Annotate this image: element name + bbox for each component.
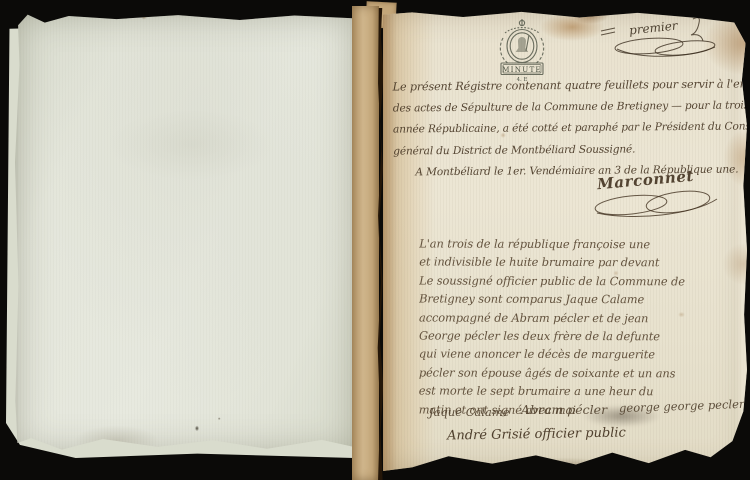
right-page-manuscript: MINUTE 4. E premier Le présent Régistre …: [383, 11, 747, 471]
witness-signature: Jaque Calame: [429, 405, 510, 419]
left-page-stains: [14, 12, 356, 454]
minute-stamp: MINUTE 4. E: [483, 17, 561, 83]
left-page-blank: [14, 12, 356, 454]
stamp-text: MINUTE: [502, 65, 542, 74]
manuscript-line: général du District de Montbéliard Souss…: [393, 138, 745, 163]
manuscript-line: George pécler les deux frère de la defun…: [419, 326, 735, 346]
manuscript-line: pécler son épouse âgés de soixante et un…: [419, 363, 735, 383]
scanned-register-photo: MINUTE 4. E premier Le présent Régistre …: [0, 0, 750, 480]
manuscript-line: Le soussigné officier public de la Commu…: [419, 271, 735, 291]
binding-strip: [352, 6, 379, 480]
officer-signature: André Grisié officier public: [447, 425, 626, 443]
manuscript-line: L'an trois de la république françoise un…: [419, 234, 735, 254]
president-signature: Marconnet: [583, 171, 738, 219]
manuscript-line: accompagné de Abram pécler et de jean: [419, 308, 735, 328]
manuscript-line: Le présent Régistre contenant quatre feu…: [393, 73, 745, 98]
burial-act-paragraph: L'an trois de la république françoise un…: [419, 234, 736, 419]
signature-flourish: [583, 183, 733, 221]
minute-stamp-emblem: MINUTE 4. E: [483, 17, 561, 83]
manuscript-line: Bretigney sont comparus Jaque Calame: [419, 290, 735, 310]
folio-corner-note: premier: [597, 13, 737, 63]
witness-signature: Abram pécler: [521, 402, 607, 417]
manuscript-line: année Républicaine, a été cotté et parap…: [393, 116, 745, 141]
manuscript-line: des actes de Sépulture de la Commune de …: [393, 95, 745, 120]
manuscript-line: qui viene anoncer le décès de marguerite: [419, 345, 735, 365]
manuscript-line: et indivisible le huite brumaire par dev…: [419, 253, 735, 273]
